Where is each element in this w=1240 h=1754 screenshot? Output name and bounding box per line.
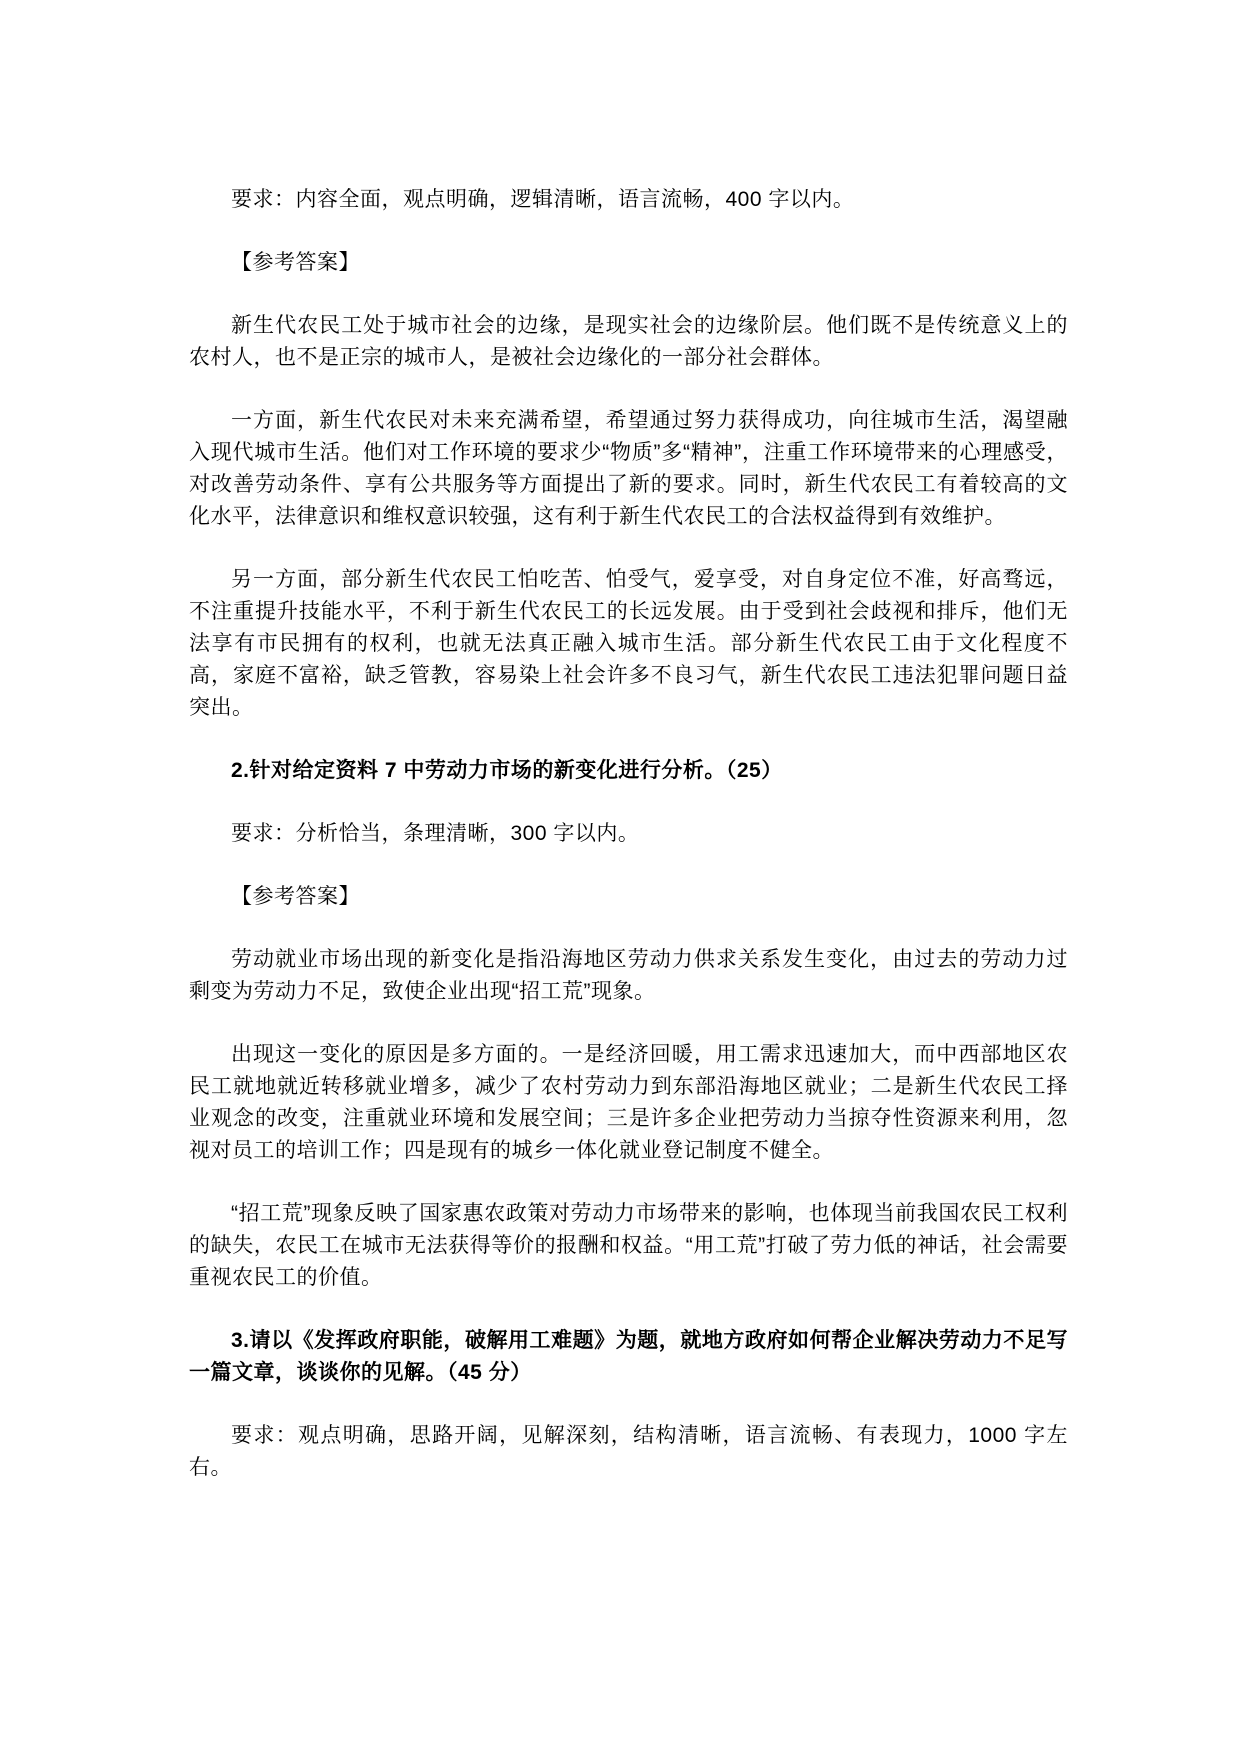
requirement-line-q2: 要求：分析恰当，条理清晰，300 字以内。 (189, 818, 1068, 850)
requirement-line-q1: 要求：内容全面，观点明确，逻辑清晰，语言流畅，400 字以内。 (189, 184, 1068, 216)
document-page: 要求：内容全面，观点明确，逻辑清晰，语言流畅，400 字以内。 【参考答案】 新… (0, 0, 1240, 1754)
requirement-line-q3: 要求：观点明确，思路开阔，见解深刻，结构清晰，语言流畅、有表现力，1000 字左… (189, 1420, 1068, 1484)
answer-paragraph: “招工荒”现象反映了国家惠农政策对劳动力市场带来的影响，也体现当前我国农民工权利… (189, 1198, 1068, 1294)
reference-answer-label-q1: 【参考答案】 (189, 247, 1068, 279)
answer-paragraph: 新生代农民工处于城市社会的边缘，是现实社会的边缘阶层。他们既不是传统意义上的农村… (189, 310, 1068, 374)
answer-paragraph: 出现这一变化的原因是多方面的。一是经济回暖，用工需求迅速加大，而中西部地区农民工… (189, 1039, 1068, 1167)
answer-paragraph: 另一方面，部分新生代农民工怕吃苦、怕受气，爱享受，对自身定位不准，好高骛远，不注… (189, 564, 1068, 724)
answer-paragraph: 劳动就业市场出现的新变化是指沿海地区劳动力供求关系发生变化，由过去的劳动力过剩变… (189, 944, 1068, 1008)
reference-answer-label-q2: 【参考答案】 (189, 881, 1068, 913)
question-3-heading: 3.请以《发挥政府职能，破解用工难题》为题，就地方政府如何帮企业解决劳动力不足写… (189, 1325, 1068, 1389)
answer-paragraph: 一方面，新生代农民对未来充满希望，希望通过努力获得成功，向往城市生活，渴望融入现… (189, 405, 1068, 533)
question-2-heading: 2.针对给定资料 7 中劳动力市场的新变化进行分析。（25） (189, 755, 1068, 787)
